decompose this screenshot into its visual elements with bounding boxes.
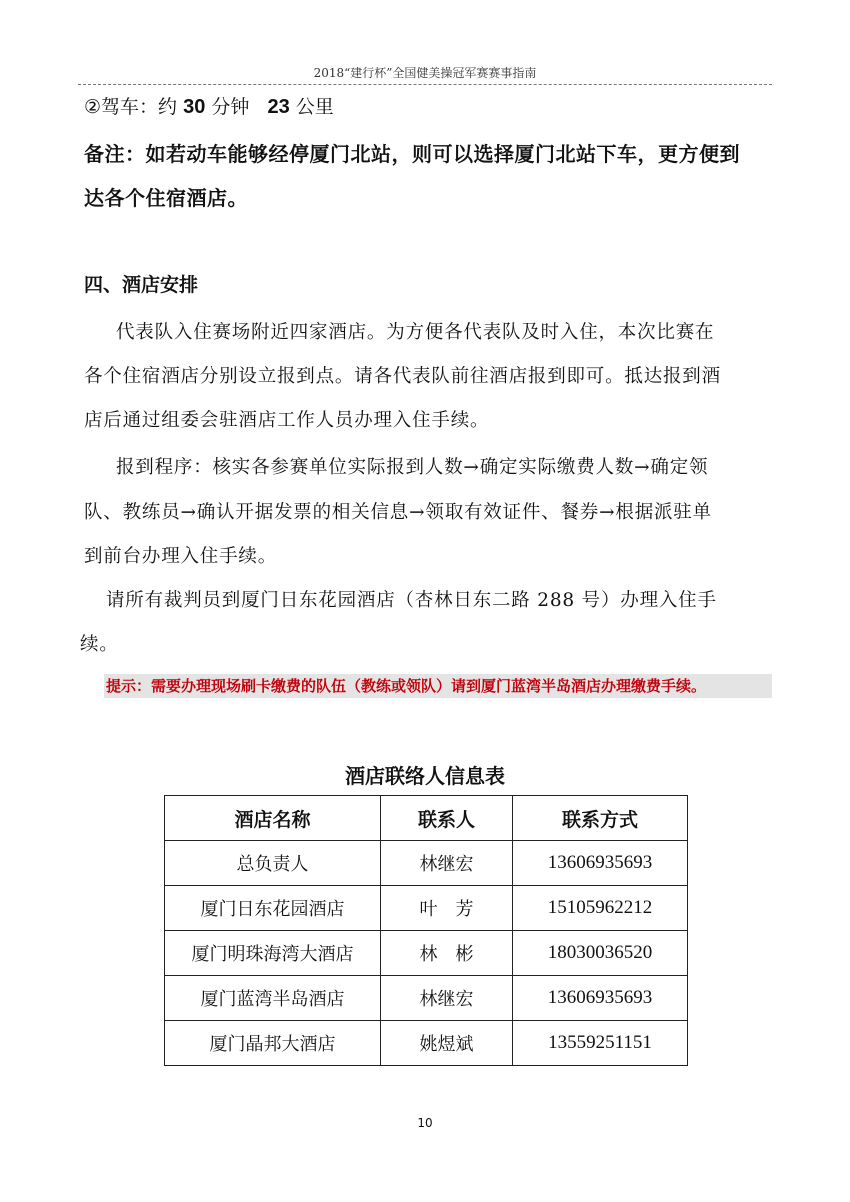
table-row: 总负责人 林继宏 13606935693 (165, 841, 688, 886)
hotel-name: 厦门晶邦大酒店 (165, 1021, 381, 1066)
drive-distance-unit: 公里 (290, 96, 334, 118)
table-row: 厦门蓝湾半岛酒店 林继宏 13606935693 (165, 976, 688, 1021)
contact-phone: 13606935693 (513, 976, 688, 1021)
hotel-name: 厦门明珠海湾大酒店 (165, 931, 381, 976)
table-title: 酒店联络人信息表 (0, 760, 850, 789)
table-header-row: 酒店名称 联系人 联系方式 (165, 796, 688, 841)
hotel-name: 厦门蓝湾半岛酒店 (165, 976, 381, 1021)
contact-phone: 15105962212 (513, 886, 688, 931)
page-header: 2018“建行杯”全国健美操冠军赛赛事指南 (78, 64, 772, 81)
hotel-name: 厦门日东花园酒店 (165, 886, 381, 931)
table-row: 厦门明珠海湾大酒店 林 彬 18030036520 (165, 931, 688, 976)
paragraph-2-line-2: 队、教练员→确认开据发票的相关信息→领取有效证件、餐券→根据派驻单 (84, 498, 712, 524)
drive-distance: 23 (268, 96, 290, 118)
contact-phone: 18030036520 (513, 931, 688, 976)
hotel-name: 总负责人 (165, 841, 381, 886)
contact-phone: 13559251151 (513, 1021, 688, 1066)
column-header-phone: 联系方式 (513, 796, 688, 841)
contact-person: 林 彬 (381, 931, 513, 976)
remark-line-2: 达各个住宿酒店。 (84, 182, 248, 211)
section-title: 四、酒店安排 (84, 270, 198, 297)
header-divider (78, 84, 772, 85)
paragraph-1-line-3: 店后通过组委会驻酒店工作人员办理入住手续。 (84, 406, 489, 432)
drive-prefix: ②驾车：约 (84, 96, 183, 118)
paragraph-1-line-1: 代表队入住赛场附近四家酒店。为方便各代表队及时入住，本次比赛在 (116, 318, 714, 344)
contact-person: 姚煜斌 (381, 1021, 513, 1066)
contact-person: 叶 芳 (381, 886, 513, 931)
table-row: 厦门晶邦大酒店 姚煜斌 13559251151 (165, 1021, 688, 1066)
contact-phone: 13606935693 (513, 841, 688, 886)
paragraph-3-line-2: 续。 (80, 630, 119, 656)
hotel-contacts-table: 酒店名称 联系人 联系方式 总负责人 林继宏 13606935693 厦门日东花… (164, 795, 688, 1066)
page-number: 10 (0, 1116, 850, 1130)
payment-notice: 提示：需要办理现场刷卡缴费的队伍（教练或领队）请到厦门蓝湾半岛酒店办理缴费手续。 (104, 674, 772, 698)
drive-minutes-unit: 分钟 (205, 96, 267, 118)
contact-person: 林继宏 (381, 841, 513, 886)
column-header-hotel: 酒店名称 (165, 796, 381, 841)
drive-minutes: 30 (183, 96, 205, 118)
table-row: 厦门日东花园酒店 叶 芳 15105962212 (165, 886, 688, 931)
paragraph-1-line-2: 各个住宿酒店分别设立报到点。请各代表队前往酒店报到即可。抵达报到酒 (84, 362, 721, 388)
paragraph-3-line-1: 请所有裁判员到厦门日东花园酒店（杏林日东二路 288 号）办理入住手 (106, 586, 717, 612)
remark-line-1: 备注：如若动车能够经停厦门北站，则可以选择厦门北站下车，更方便到 (84, 138, 740, 167)
contact-person: 林继宏 (381, 976, 513, 1021)
column-header-contact: 联系人 (381, 796, 513, 841)
paragraph-2-line-3: 到前台办理入住手续。 (84, 542, 277, 568)
paragraph-2-line-1: 报到程序：核实各参赛单位实际报到人数→确定实际缴费人数→确定领 (116, 453, 708, 479)
driving-info: ②驾车：约 30 分钟 23 公里 (84, 92, 334, 119)
